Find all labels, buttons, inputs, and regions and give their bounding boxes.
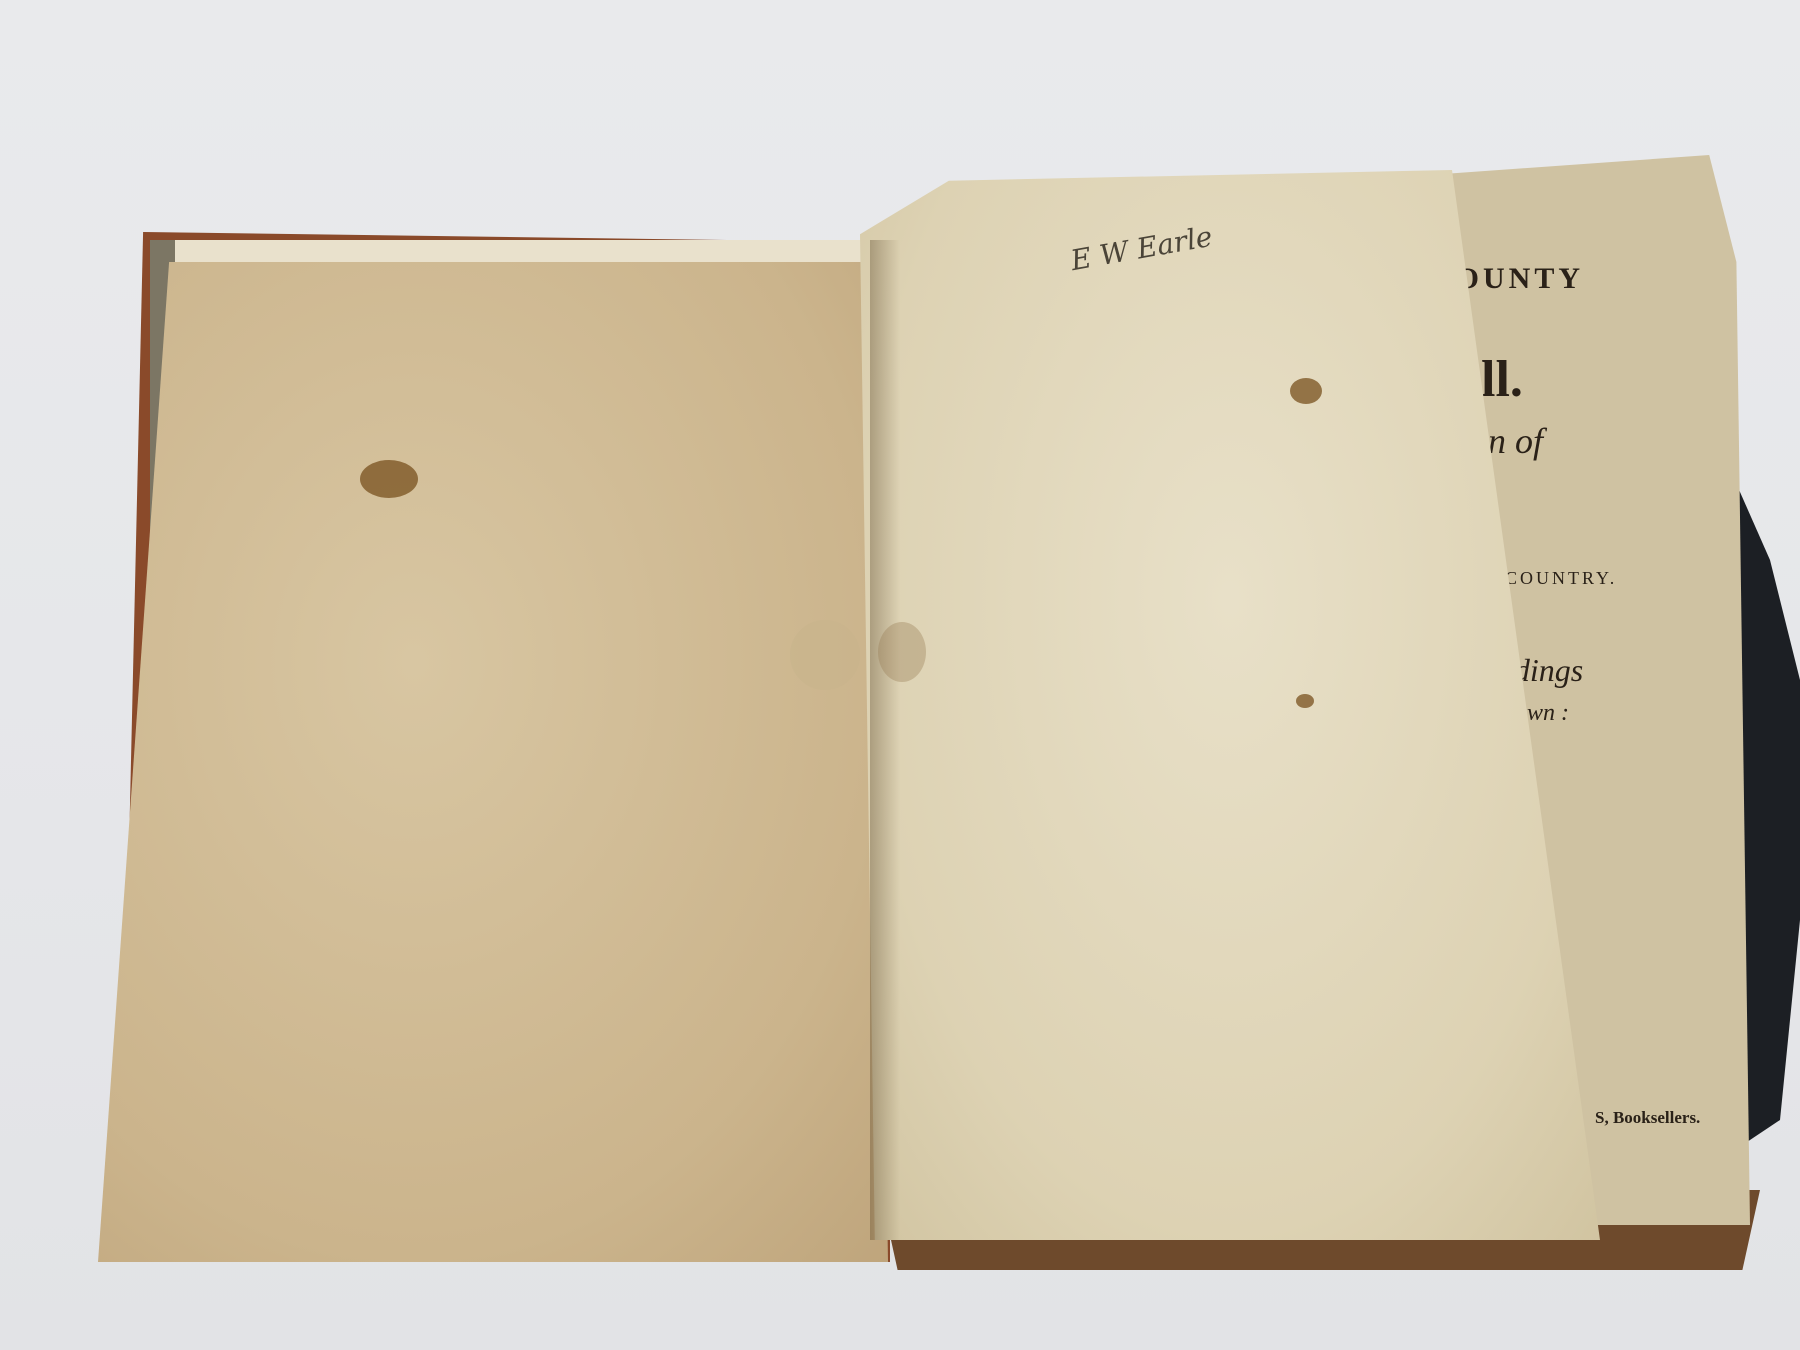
foxing-stain	[360, 460, 418, 498]
title-country-text: COUNTRY.	[1505, 568, 1617, 589]
foxing-stain	[1290, 378, 1322, 404]
tape-residue	[790, 620, 860, 690]
tape-residue	[878, 622, 926, 682]
left-endpaper-page	[98, 262, 888, 1262]
book-gutter-shadow	[870, 240, 900, 1240]
foxing-stain	[1296, 694, 1314, 708]
imprint-text: S, Booksellers.	[1595, 1108, 1700, 1128]
